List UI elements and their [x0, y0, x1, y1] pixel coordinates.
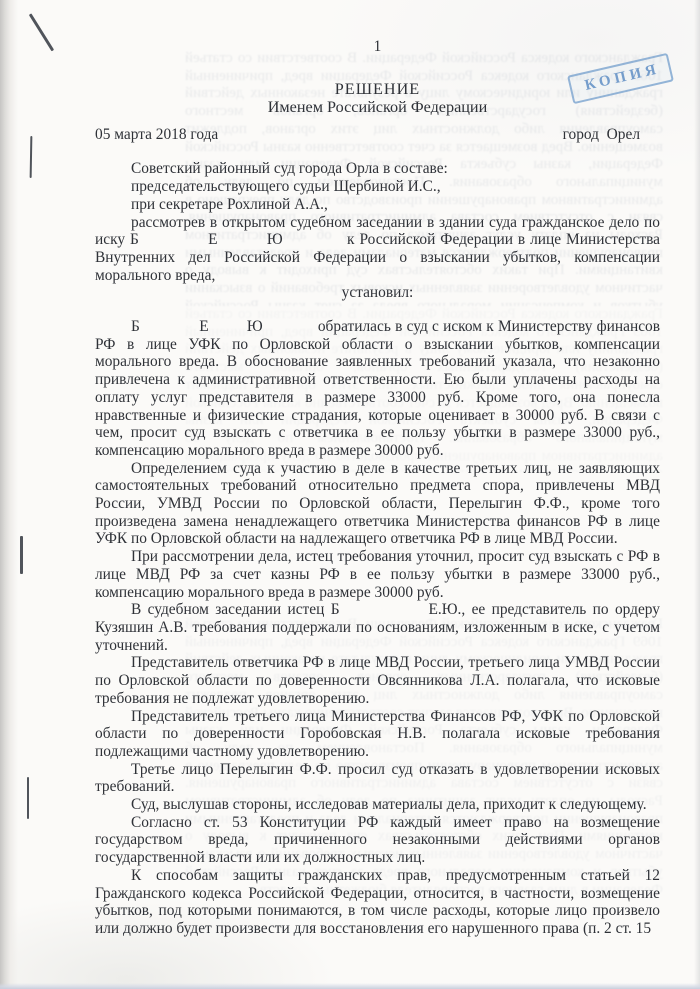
paragraph: Определением суда к участию в деле в кач… — [95, 460, 660, 549]
intro-paragraphs: Советский районный суд города Орла в сос… — [95, 160, 660, 284]
decision-date: 05 марта 2018 года — [95, 126, 218, 144]
paragraph: К способам защиты гражданских прав, пред… — [95, 867, 660, 938]
document-subtitle: Именем Российской Федерации — [95, 98, 660, 116]
paragraph: Представитель ответчика РФ в лице МВД Ро… — [95, 654, 660, 707]
document-body: 1 РЕШЕНИЕ Именем Российской Федерации 05… — [95, 38, 660, 938]
pen-mark-vertical-3 — [27, 777, 29, 819]
scan-edge-left — [0, 0, 18, 989]
paragraph: Согласно ст. 53 Конституции РФ каждый им… — [95, 814, 660, 867]
resolution-word: установил: — [95, 284, 660, 302]
document-title: РЕШЕНИЕ — [95, 80, 660, 98]
paragraph: Представитель третьего лица Министерства… — [95, 708, 660, 761]
paragraph: рассмотрев в открытом судебном заседании… — [95, 214, 660, 285]
pen-mark-vertical-2 — [20, 536, 23, 574]
paragraph: Третье лицо Перелыгин Ф.Ф. просил суд от… — [95, 761, 660, 796]
scanned-page: Гражданского кодекса Российской Федераци… — [0, 0, 700, 989]
body-paragraphs: Б Е Ю обратилась в суд с иском к Министе… — [95, 318, 660, 938]
paragraph: председательствующего судьи Щербиной И.С… — [95, 178, 660, 196]
paragraph: Советский районный суд города Орла в сос… — [95, 160, 660, 178]
scan-edge-right — [694, 0, 700, 989]
paragraph: при секретаре Рохлиной А.А., — [95, 196, 660, 214]
date-row: 05 марта 2018 года город Орел — [95, 126, 660, 144]
paragraph: При рассмотрении дела, истец требования … — [95, 548, 660, 601]
decision-city: город Орел — [563, 126, 640, 144]
title-block: РЕШЕНИЕ Именем Российской Федерации — [95, 80, 660, 116]
pen-mark-diagonal — [29, 14, 54, 52]
paragraph: Суд, выслушав стороны, исследовав матери… — [95, 796, 660, 814]
paragraph: Б Е Ю обратилась в суд с иском к Министе… — [95, 318, 660, 460]
scan-edge-bottom — [0, 983, 700, 989]
paragraph: В судебном заседании истец Б Е.Ю., ее пр… — [95, 601, 660, 654]
document-content: Советский районный суд города Орла в сос… — [95, 160, 660, 937]
pen-mark-vertical-1 — [30, 136, 33, 178]
page-number: 1 — [95, 38, 660, 56]
